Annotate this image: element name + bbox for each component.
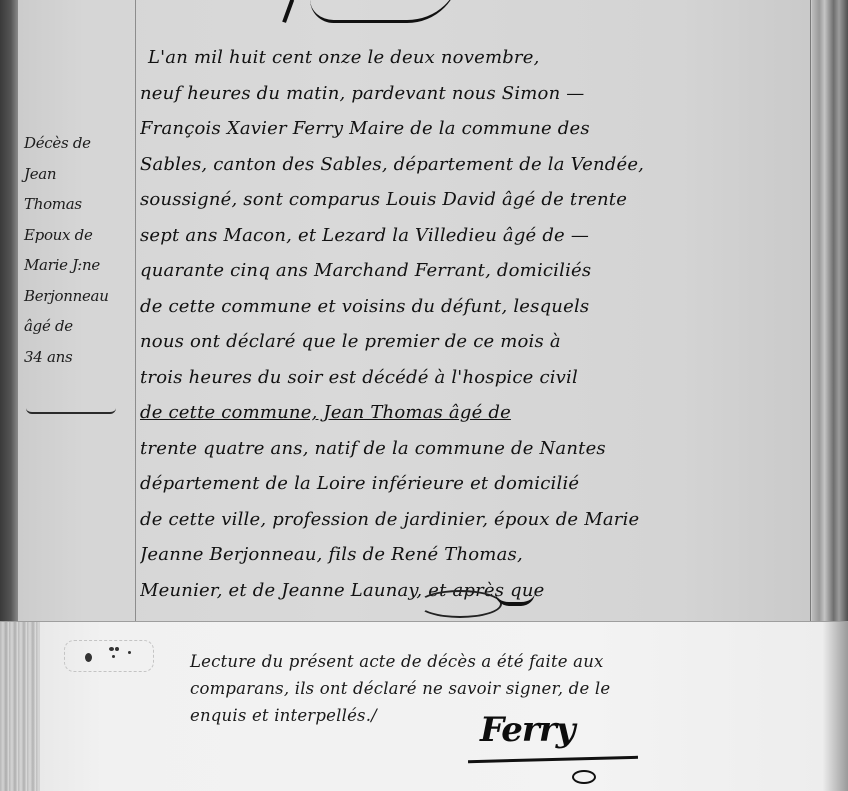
book-binding-edge-lower: [0, 622, 40, 791]
margin-note-flourish: [26, 408, 116, 414]
mayor-signature: Ferry: [480, 710, 575, 750]
margin-note-line: Jean: [24, 159, 129, 190]
record-line: quarante cinq ans Marchand Ferrant, domi…: [140, 253, 805, 289]
book-binding-edge: [0, 0, 18, 622]
margin-note-line: Berjonneau: [24, 281, 129, 312]
margin-note-line: âgé de: [24, 311, 129, 342]
closing-line: comparans, ils ont déclaré ne savoir sig…: [190, 675, 790, 702]
previous-entry-flourish: [310, 0, 460, 23]
register-page-upper: Décès de Jean Thomas Epoux de Marie J:ne…: [0, 0, 848, 622]
record-line: soussigné, sont comparus Louis David âgé…: [140, 182, 805, 218]
record-line: François Xavier Ferry Maire de la commun…: [140, 111, 805, 147]
register-page-lower: Lecture du présent acte de décès a été f…: [0, 622, 848, 791]
archive-stamp-mark: [64, 640, 154, 672]
record-line: neuf heures du matin, pardevant nous Sim…: [140, 76, 805, 112]
record-line: sept ans Macon, et Lezard la Villedieu â…: [140, 218, 805, 254]
record-line: trois heures du soir est décédé à l'hosp…: [140, 360, 805, 396]
signature-underline: [468, 756, 638, 763]
paragraph-end-flourish: [418, 590, 502, 618]
record-line: Jeanne Berjonneau, fils de René Thomas,: [140, 537, 805, 573]
margin-rule-line: [135, 0, 136, 622]
margin-note: Décès de Jean Thomas Epoux de Marie J:ne…: [24, 128, 129, 372]
record-line: de cette ville, profession de jardinier,…: [140, 502, 805, 538]
margin-note-line: Thomas: [24, 189, 129, 220]
signature-paraph: [572, 770, 596, 784]
record-line: nous ont déclaré que le premier de ce mo…: [140, 324, 805, 360]
record-line: L'an mil huit cent onze le deux novembre…: [140, 40, 805, 76]
death-record-body: L'an mil huit cent onze le deux novembre…: [140, 40, 805, 608]
record-line: Sables, canton des Sables, département d…: [140, 147, 805, 183]
closing-line: Lecture du présent acte de décès a été f…: [190, 648, 790, 675]
margin-note-line: Epoux de: [24, 220, 129, 251]
record-line: de cette commune et voisins du défunt, l…: [140, 289, 805, 325]
previous-entry-stroke: [282, 0, 300, 25]
record-line-deceased-name: de cette commune, Jean Thomas âgé de: [140, 395, 805, 431]
record-line: département de la Loire inférieure et do…: [140, 466, 805, 502]
right-rule-line: [810, 0, 811, 622]
margin-note-line: 34 ans: [24, 342, 129, 373]
page-edge-right: [812, 0, 848, 622]
margin-note-line: Décès de: [24, 128, 129, 159]
margin-note-line: Marie J:ne: [24, 250, 129, 281]
record-line: trente quatre ans, natif de la commune d…: [140, 431, 805, 467]
